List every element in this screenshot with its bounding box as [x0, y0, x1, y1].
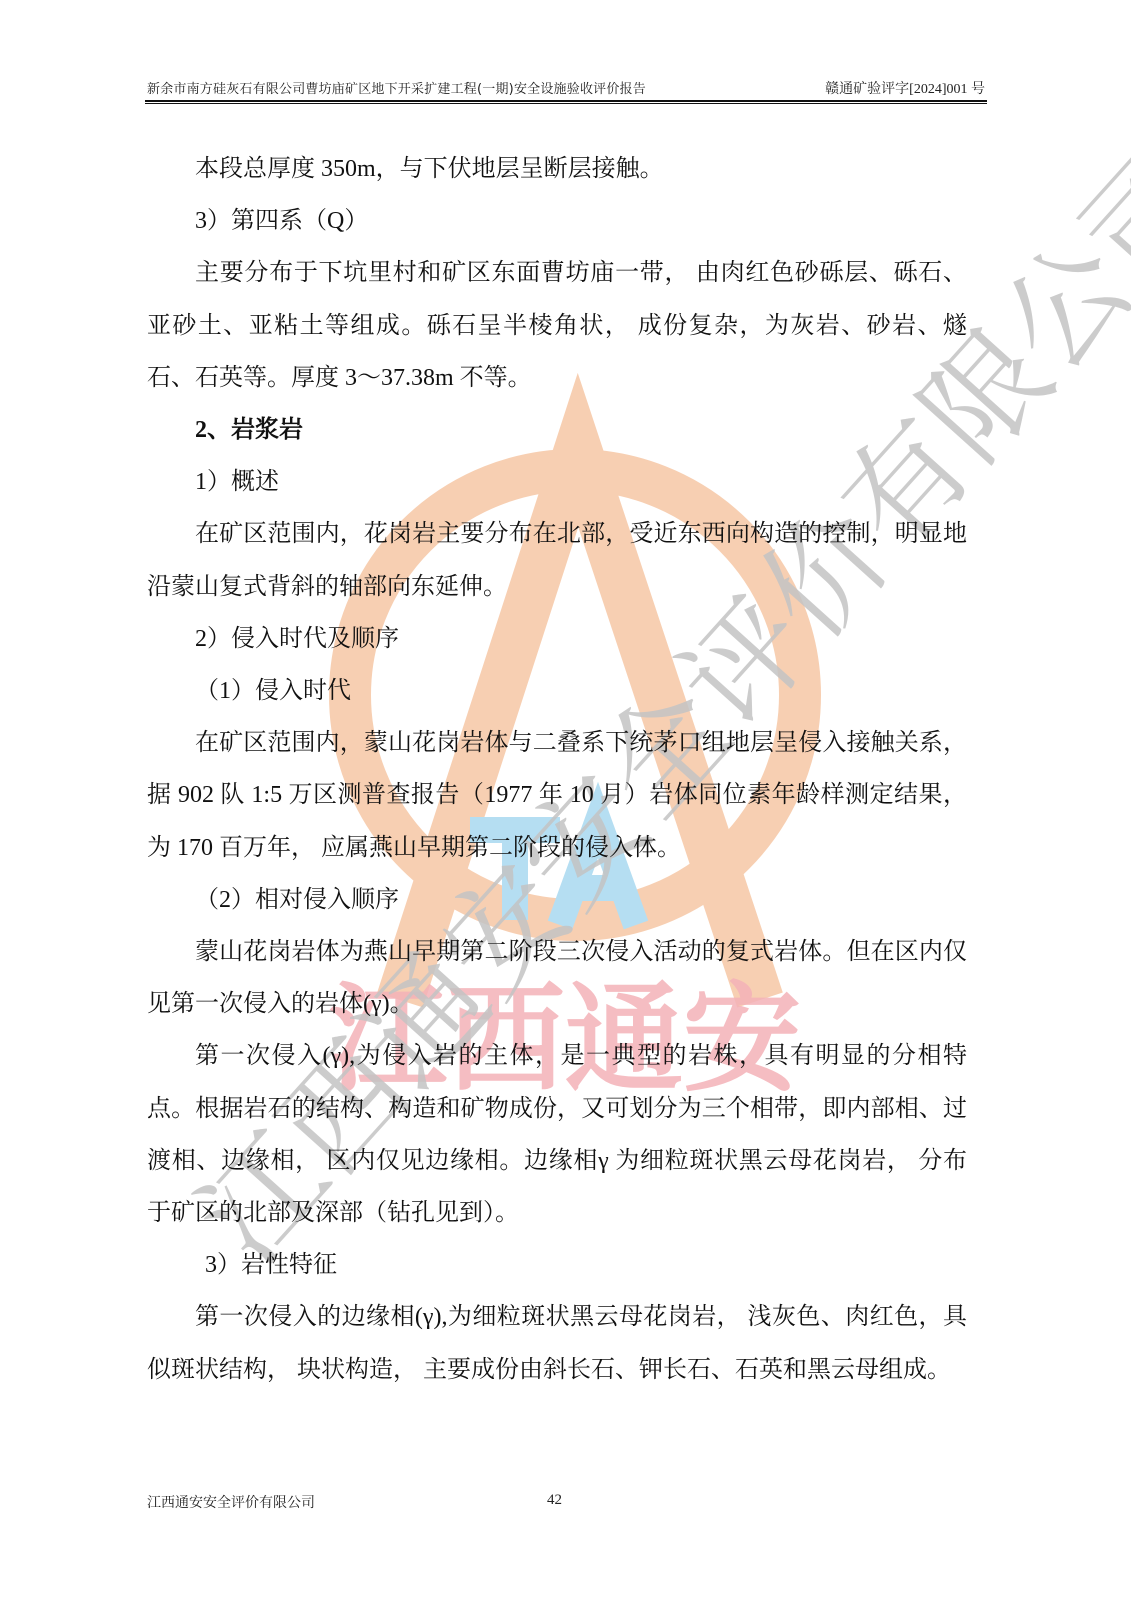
header-doc-number: 赣通矿验评字[2024]001 号 — [825, 78, 985, 98]
paragraph: 蒙山花岗岩体为燕山早期第二阶段三次侵入活动的复式岩体。但在区内仅见第一次侵入的岩… — [147, 926, 967, 1030]
subheading-relative-order: （2）相对侵入顺序 — [147, 874, 967, 926]
document-body: 本段总厚度 350m，与下伏地层呈断层接触。 3）第四系（Q） 主要分布于下坑里… — [147, 143, 967, 1396]
subheading-quaternary: 3）第四系（Q） — [147, 195, 967, 247]
subheading-intrusion-age: （1）侵入时代 — [147, 665, 967, 717]
paragraph: 本段总厚度 350m，与下伏地层呈断层接触。 — [147, 143, 967, 195]
header-divider-thin — [145, 103, 987, 104]
page-header: 新余市南方硅灰石有限公司曹坊庙矿区地下开采扩建工程(一期)安全设施验收评价报告 … — [147, 78, 985, 100]
page-footer: 江西通安安全评价有限公司 42 — [147, 1492, 985, 1514]
subheading-lithology: 3）岩性特征 — [147, 1239, 967, 1291]
header-divider — [145, 100, 987, 102]
subheading-intrusion-age-order: 2）侵入时代及顺序 — [147, 613, 967, 665]
header-title: 新余市南方硅灰石有限公司曹坊庙矿区地下开采扩建工程(一期)安全设施验收评价报告 — [147, 78, 646, 97]
paragraph: 在矿区范围内，花岗岩主要分布在北部，受近东西向构造的控制，明显地沿蒙山复式背斜的… — [147, 508, 967, 612]
section-heading-igneous: 2、岩浆岩 — [147, 404, 967, 456]
paragraph: 第一次侵入(γ),为侵入岩的主体，是一典型的岩株，具有明显的分相特点。根据岩石的… — [147, 1030, 967, 1239]
paragraph: 主要分布于下坑里村和矿区东面曹坊庙一带， 由肉红色砂砾层、砾石、亚砂土、亚粘土等… — [147, 247, 967, 404]
footer-company: 江西通安安全评价有限公司 — [147, 1492, 315, 1512]
paragraph: 在矿区范围内，蒙山花岗岩体与二叠系下统茅口组地层呈侵入接触关系，据 902 队 … — [147, 717, 967, 874]
subheading-overview: 1）概述 — [147, 456, 967, 508]
paragraph: 第一次侵入的边缘相(γ),为细粒斑状黑云母花岗岩， 浅灰色、肉红色，具似斑状结构… — [147, 1291, 967, 1395]
page-number: 42 — [547, 1492, 562, 1509]
